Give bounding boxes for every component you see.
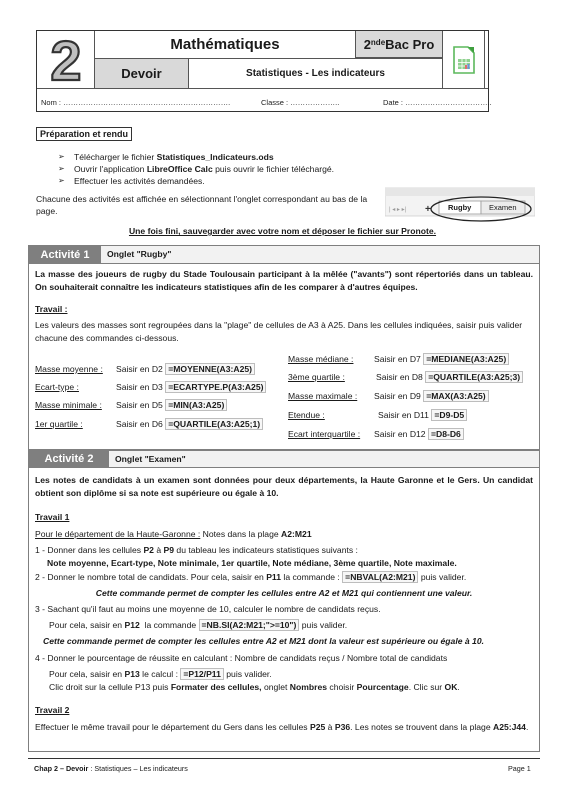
q-text: à [154,545,164,555]
footer-topic: : Statistiques – Les indicateurs [88,764,187,773]
stat-label: Masse maximale : [288,391,357,401]
list-item: ➢Télécharger le fichier Statistiques_Ind… [58,151,334,163]
haute-garonne-line: Pour le département de la Haute-Garonne … [35,528,533,541]
question-2-note: Cette commande permet de compter les cel… [35,587,533,600]
range-value: A2:M21 [281,529,312,539]
formula-box: =QUARTILE(A3:A25;1) [165,418,263,430]
level-superscript: nde [371,38,385,47]
range-text: Notes dans la plage [200,529,281,539]
question-4-instruction: Pour cela, saisir en P13 le calcul : =P1… [49,668,547,681]
travail-2-title: Travail 2 [35,704,69,717]
bullet-text: puis ouvrir le fichier téléchargé. [213,164,334,174]
libreoffice-calc-icon [453,46,475,74]
activity-1-travail-title: Travail : [35,303,67,316]
activity-1-travail-text: Les valeurs des masses sont regroupées d… [35,319,533,344]
formula-box: =MAX(A3:A25) [423,390,488,402]
question-3-note: Cette commande permet de compter les cel… [43,635,541,648]
activity-2-header: Activité 2 Onglet "Examen" [29,450,539,468]
travail-1-title: Travail 1 [35,511,69,524]
q-text: 1 - Donner dans les cellules [35,545,143,555]
cell-ref: P36 [335,722,350,732]
question-1: 1 - Donner dans les cellules P2 à P9 du … [35,544,533,557]
list-item: ➢Ouvrir l'application LibreOffice Calc p… [58,163,334,175]
q-text: Pour cela, saisir en [49,620,124,630]
topic-title: Statistiques - Les indicateurs [189,58,442,88]
travail-2-text: Effectuer le même travail pour le départ… [35,721,533,734]
target-cell: Saisir en D2 [116,364,163,374]
formula-box: =ECARTYPE.P(A3:A25) [165,381,266,393]
preparation-title: Préparation et rendu [36,127,132,141]
formula-box: =MOYENNE(A3:A25) [165,363,255,375]
q-text: puis valider. [418,572,466,582]
activity-2-label: Activité 2 [29,451,109,467]
instructions-text: Chacune des activités est affichée en sé… [36,193,381,217]
target-cell: Saisir en D12 [374,429,426,439]
menu-ref: OK [445,682,458,692]
sheet-tab-examen: Examen [489,203,517,212]
q-text: puis valider. [224,669,272,679]
name-field[interactable]: Nom : …………………………………………………………. [41,98,230,107]
target-cell: Saisir en D6 [116,419,163,429]
formula-box: =D8-D6 [428,428,464,440]
cell-ref: P25 [310,722,325,732]
svg-text:+: + [425,204,431,215]
target-cell: Saisir en D3 [116,382,163,392]
cell-ref: P13 [124,669,139,679]
level-suffix: Bac Pro [385,37,434,52]
target-cell: Saisir en D11 [378,410,429,420]
bullet-text: Ouvrir l'application [74,164,147,174]
question-3-instruction: Pour cela, saisir en P12 la commande =NB… [49,619,547,632]
q-text: le calcul : [140,669,181,679]
stat-label: 3ème quartile : [288,372,345,382]
date-field[interactable]: Date : …………………………….. [383,98,492,107]
doc-type-label: Devoir [95,58,189,88]
bullet-text: Télécharger le fichier [74,152,157,162]
question-3: 3 - Sachant qu'il faut au moins une moye… [35,603,533,616]
target-cell: Saisir en D8 [376,372,423,382]
formula-box: =QUARTILE(A3:A25;3) [425,371,523,383]
stat-label: Ecart-type : [35,382,79,392]
stat-label: 1er quartile : [35,419,83,429]
preparation-list: ➢Télécharger le fichier Statistiques_Ind… [58,151,334,188]
q-text: . [457,682,459,692]
student-info-row: Nom : …………………………………………………………. Classe : …… [37,88,488,113]
q-text: Effectuer le même travail pour le départ… [35,722,310,732]
subject-title: Mathématiques [95,31,355,58]
q-text: . Clic sur [409,682,445,692]
level-prefix: 2 [364,37,371,52]
menu-ref: Formater des cellules, [171,682,262,692]
activity-1-label: Activité 1 [29,246,101,263]
q-text: choisir [327,682,357,692]
formula-box: =MEDIANE(A3:A25) [423,353,509,365]
chapter-number-graphic: 2 [43,35,89,85]
bullet-text: Effectuer les activités demandées. [74,176,205,186]
menu-ref: Pourcentage [357,682,409,692]
activity-1-tab-name: Onglet "Rugby" [107,249,171,259]
target-cell: Saisir en D7 [374,354,421,364]
file-name: Statistiques_Indicateurs.ods [157,152,274,162]
q-text: 2 - Donner le nombre total de candidats.… [35,572,266,582]
app-name: LibreOffice Calc [147,164,213,174]
stat-label: Masse médiane : [288,354,353,364]
arrow-bullet-icon: ➢ [58,175,65,187]
chapter-number-cell: 2 [37,31,95,88]
stat-label: Masse moyenne : [35,364,103,374]
cell-ref: P12 [124,620,139,630]
activity-1-intro: La masse des joueurs de rugby du Stade T… [35,268,533,293]
logo-cell [442,31,485,88]
q-text: Clic droit sur la cellule P13 puis [49,682,171,692]
q-text: . Les notes se trouvent dans la plage [350,722,493,732]
q-text: à [325,722,335,732]
target-cell: Saisir en D5 [116,400,163,410]
activity-1-header: Activité 1 Onglet "Rugby" [29,246,539,264]
q-text: la commande [140,620,199,630]
svg-text:| ◂ ▸ ▸|: | ◂ ▸ ▸| [389,207,407,213]
indicators-text: Note moyenne, Ecart-type, Note minimale,… [47,558,454,568]
activity-2-intro: Les notes de candidats à un examen sont … [35,474,533,499]
formula-box: =NB.SI(A2:M21;">=10") [199,619,300,631]
footer-left: Chap 2 – Devoir : Statistiques – Les ind… [34,764,188,773]
svg-text:2: 2 [50,35,81,85]
range-value: A25:J44 [493,722,526,732]
q-text: puis valider. [299,620,347,630]
stat-label: Ecart interquartile : [288,429,360,439]
q-text: du tableau les indicateurs statistiques … [174,545,358,555]
cell-ref: P9 [164,545,175,555]
cell-ref: P2 [143,545,154,555]
formula-box: =P12/P11 [180,668,224,680]
q-text: Pour cela, saisir en [49,669,124,679]
menu-ref: Nombres [290,682,327,692]
arrow-bullet-icon: ➢ [58,163,65,175]
sheet-tabbar-illustration: | ◂ ▸ ▸| + Rugby Examen [385,186,535,224]
page-number: Page 1 [508,764,531,773]
formula-box: =MIN(A3:A25) [165,399,227,411]
level-label: 2nde Bac Pro [355,31,442,58]
q-text: onglet [262,682,290,692]
activity-1-box: Activité 1 Onglet "Rugby" La masse des j… [28,245,540,450]
question-2: 2 - Donner le nombre total de candidats.… [35,571,533,584]
arrow-bullet-icon: ➢ [58,151,65,163]
formula-box: =NBVAL(A2:M21) [342,571,418,583]
final-note: Une fois fini, sauvegarder avec votre no… [0,226,565,236]
stat-label: Masse minimale : [35,400,102,410]
class-field[interactable]: Classe : ……………….. [261,98,339,107]
q-text: . [526,722,528,732]
footer-chapter: Chap 2 – Devoir [34,764,88,773]
list-item: ➢Effectuer les activités demandées. [58,175,334,187]
question-4-format-instruction: Clic droit sur la cellule P13 puis Forma… [49,681,547,694]
document-header: 2 Mathématiques 2nde Bac Pro Devoir Stat… [36,30,489,112]
department-label: Pour le département de la Haute-Garonne … [35,529,200,539]
formula-box: =D9-D5 [431,409,467,421]
activity-2-box: Activité 2 Onglet "Examen" Les notes de … [28,450,540,752]
indicators-list: Note moyenne, Ecart-type, Note minimale,… [47,557,545,570]
q-text: la commande : [281,572,342,582]
cell-ref: P11 [266,572,281,582]
sheet-tab-rugby: Rugby [448,203,471,212]
activity-2-tab-name: Onglet "Examen" [115,454,186,464]
footer-divider [28,758,540,759]
question-4: 4 - Donner le pourcentage de réussite en… [35,652,533,665]
target-cell: Saisir en D9 [374,391,421,401]
stat-label: Etendue : [288,410,325,420]
